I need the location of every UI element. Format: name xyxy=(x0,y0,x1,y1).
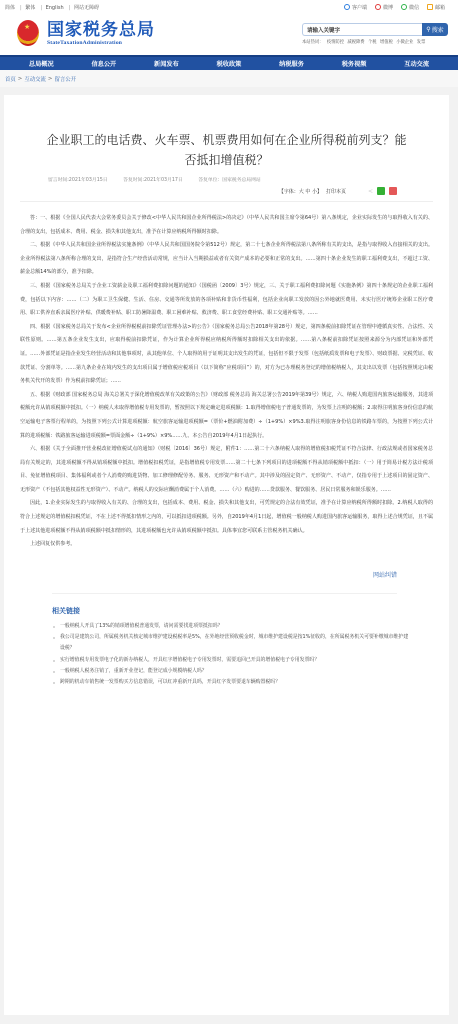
separator: | xyxy=(69,5,71,11)
lang-link-simplified[interactable]: 简体 xyxy=(5,5,15,11)
related-link[interactable]: 我公司是建筑公司，所属税务机关核定城市维护建设税税率是5%，在外地经营预收税金时… xyxy=(52,632,449,655)
lang-link-traditional[interactable]: 繁体 xyxy=(25,5,35,11)
divider xyxy=(20,201,433,202)
weibo-icon xyxy=(375,4,381,10)
weibo-label: 微博 xyxy=(383,4,393,11)
breadcrumb-messages[interactable]: 留言公开 xyxy=(54,75,76,83)
article-paragraph: 答：一、根据《全国人民代表大会常务委员会关于修改<中华人民共和国企业所得税法>的… xyxy=(20,212,433,239)
hot-word[interactable]: 减税降费 xyxy=(347,40,364,45)
nav-item-tax-policy[interactable]: 税收政策 xyxy=(217,57,242,70)
related-link[interactable]: 一般纳税人税务注销了，重新开业登记，能登记成小规模纳税人吗？ xyxy=(52,666,449,677)
top-utility-bar: 简体| 繁体| English| 网站无障碍 客户端 微博 微信 邮箱 xyxy=(0,0,458,14)
article-body: 答：一、根据《全国人民代表大会常务委员会关于修改<中华人民共和国企业所得税法>的… xyxy=(4,212,449,552)
hot-words-label: 本站热词： xyxy=(302,40,323,45)
hot-word[interactable]: 增值税 xyxy=(380,40,393,45)
search-button-label: 搜索 xyxy=(432,25,444,34)
breadcrumb: 首页 > 互动交流 > 留言公开 xyxy=(0,70,458,87)
wechat-share-icon[interactable] xyxy=(377,187,385,195)
hot-word[interactable]: 发票 xyxy=(417,40,426,45)
share-icon: < xyxy=(368,188,373,195)
separator: | xyxy=(20,5,22,11)
hot-word[interactable]: 小微企业 xyxy=(396,40,413,45)
related-link[interactable]: 实行增值税专用发票电子化的新办纳税人，开具红字增值税电子专用发票时，需要追回已开… xyxy=(52,655,449,666)
reply-time: 答复时间:2021年03月17日 xyxy=(123,178,183,183)
hot-word[interactable]: 个税 xyxy=(368,40,377,45)
site-name-en: StateTaxationAdministration xyxy=(47,40,155,46)
main-nav: 总局概况 信息公开 新闻发布 税收政策 纳税服务 税务视频 互动交流 xyxy=(0,55,458,70)
article-paragraph: 三、根据《国家税务总局关于企业工资薪金及职工福利费扣除问题的通知》（国税函〔20… xyxy=(20,280,433,321)
message-time: 留言时间:2021年03月15日 xyxy=(48,178,108,183)
article-meta: 留言时间:2021年03月15日 答复时间:2021年03月17日 答复单位：国… xyxy=(4,176,449,183)
mail-label: 邮箱 xyxy=(435,4,445,11)
article-paragraph: 五、根据《财政部 国家税务总局 海关总署关于深化增值税改革有关政策的公告》（财政… xyxy=(20,389,433,443)
search-icon: ⚲ xyxy=(426,26,430,33)
weibo-link[interactable]: 微博 xyxy=(375,4,393,11)
accessibility-link[interactable]: 网站无障碍 xyxy=(74,5,99,11)
nav-item-tax-service[interactable]: 纳税服务 xyxy=(279,57,304,70)
separator: | xyxy=(40,5,42,11)
related-link[interactable]: 一般纳税人开具了13%的销项增值税普通发票，请问需要找进项票抵扣吗？ xyxy=(52,621,449,632)
nav-item-info-disclosure[interactable]: 信息公开 xyxy=(91,57,116,70)
weibo-share-icon[interactable] xyxy=(389,187,397,195)
reply-unit: 答复单位：国家税务总局网站 xyxy=(198,178,260,183)
site-correction-link[interactable]: 网站纠错 xyxy=(4,570,449,579)
client-icon xyxy=(344,4,350,10)
nav-item-interaction[interactable]: 互动交流 xyxy=(404,57,429,70)
language-links: 简体| 繁体| English| 网站无障碍 xyxy=(5,4,101,11)
wechat-link[interactable]: 微信 xyxy=(401,4,419,11)
related-links: 相关链接 一般纳税人开具了13%的销项增值税普通发票，请问需要找进项票抵扣吗？ … xyxy=(4,606,449,689)
site-header: 国家税务总局 StateTaxationAdministration 请输入关键… xyxy=(0,14,458,55)
breadcrumb-separator: > xyxy=(18,76,23,82)
mail-icon xyxy=(427,4,433,10)
divider xyxy=(52,593,397,594)
search-area: 请输入关键字 ⚲ 搜索 本站热词： 疫情防控 减税降费 个税 增值税 小微企业 … xyxy=(302,23,448,45)
social-links: 客户端 微博 微信 邮箱 xyxy=(344,4,453,11)
article-paragraph: 因此，1.企业实际发生的与取得收入有关的、合理的支出，包括成本、费用、税金、损失… xyxy=(20,497,433,538)
breadcrumb-home[interactable]: 首页 xyxy=(5,75,16,83)
article-title: 企业职工的电话费、火车票、机票费用如何在企业所得税前列支？能否抵扣增值税？ xyxy=(4,130,449,170)
related-link[interactable]: 跨期的机动车销售统一发票购买方信息错误，可以红冲重新开具吗，开具红字发票要退车辆… xyxy=(52,677,449,688)
mail-link[interactable]: 邮箱 xyxy=(427,4,445,11)
site-logo[interactable]: 国家税务总局 StateTaxationAdministration xyxy=(17,20,155,46)
breadcrumb-interaction[interactable]: 互动交流 xyxy=(24,75,46,83)
nav-item-overview[interactable]: 总局概况 xyxy=(29,57,54,70)
print-button[interactable]: 打印本页 xyxy=(326,188,346,195)
lang-link-english[interactable]: English xyxy=(46,5,64,11)
article-paragraph: 四、根据《国家税务总局关于发布<企业所得税税前扣除凭证管理办法>的公告》（国家税… xyxy=(20,321,433,389)
related-links-heading: 相关链接 xyxy=(52,606,449,616)
client-label: 客户端 xyxy=(352,4,367,11)
search-input[interactable]: 请输入关键字 xyxy=(302,23,422,36)
search-button[interactable]: ⚲ 搜索 xyxy=(422,23,448,36)
hot-words: 本站热词： 疫情防控 减税降费 个税 增值税 小微企业 发票 xyxy=(302,39,448,45)
site-name-cn: 国家税务总局 xyxy=(47,20,155,40)
nav-item-tax-video[interactable]: 税务视频 xyxy=(342,57,367,70)
breadcrumb-separator: > xyxy=(48,76,53,82)
national-emblem-icon xyxy=(17,20,39,46)
article-paragraph: 六、根据《关于全面推开营业税改征增值税试点的通知》（财税〔2016〕36号）规定… xyxy=(20,443,433,497)
hot-word[interactable]: 疫情防控 xyxy=(327,40,344,45)
article-tools: 【字体：大 中 小】 打印本页 < xyxy=(4,187,449,195)
article-paragraph: 上述回复仅供参考。 xyxy=(20,538,433,552)
font-size-control[interactable]: 【字体：大 中 小】 xyxy=(279,188,322,195)
wechat-icon xyxy=(401,4,407,10)
client-link[interactable]: 客户端 xyxy=(344,4,367,11)
article-container: 企业职工的电话费、火车票、机票费用如何在企业所得税前列支？能否抵扣增值税？ 留言… xyxy=(4,95,449,1015)
wechat-label: 微信 xyxy=(409,4,419,11)
nav-item-news[interactable]: 新闻发布 xyxy=(154,57,179,70)
article-paragraph: 二、根据《中华人民共和国企业所得税法实施条例》（中华人民共和国国务院令第512号… xyxy=(20,239,433,280)
